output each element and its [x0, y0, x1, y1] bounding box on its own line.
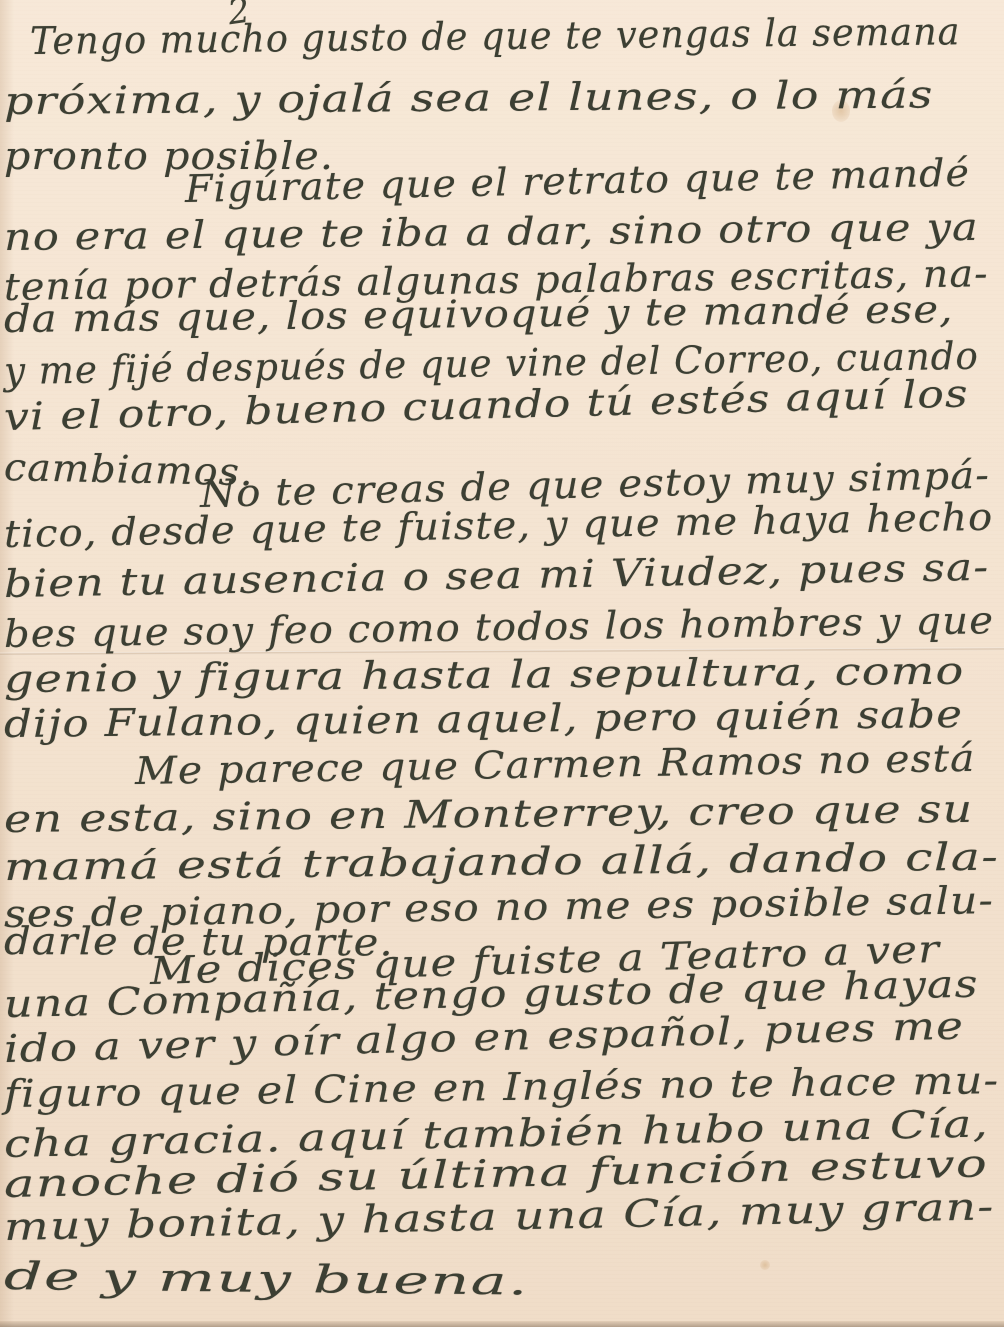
paper-stain — [760, 1260, 770, 1270]
letter-line: bien tu ausencia o sea mi Viudez, pues s… — [4, 548, 990, 603]
letter-line: bes que soy feo como todos los hombres y… — [4, 601, 994, 653]
letter-page: 2 Tengo mucho gusto de que te vengas la … — [0, 0, 1004, 1327]
letter-line: da más que, los equivoqué y te mandé ese… — [4, 290, 954, 338]
letter-line: en esta, sino en Monterrey, creo que su — [4, 790, 974, 838]
letter-line: tico, desde que te fuiste, y que me haya… — [4, 498, 994, 553]
letter-line: no era el que te iba a dar, sino otro qu… — [4, 208, 979, 256]
letter-line: dijo Fulano, quien aquel, pero quién sab… — [4, 695, 963, 743]
letter-line: de y muy buena. — [4, 1257, 529, 1300]
paper-bottom-edge — [0, 1321, 1004, 1327]
letter-line: mamá está trabajando allá, dando cla- — [4, 838, 999, 886]
letter-line: próxima, y ojalá sea el lunes, o lo más — [4, 76, 934, 120]
letter-line: Me parece que Carmen Ramos no está — [135, 739, 976, 790]
letter-line: Tengo mucho gusto de que te vengas la se… — [30, 12, 961, 60]
letter-line: genio y figura hasta la sepultura, como — [4, 652, 965, 698]
